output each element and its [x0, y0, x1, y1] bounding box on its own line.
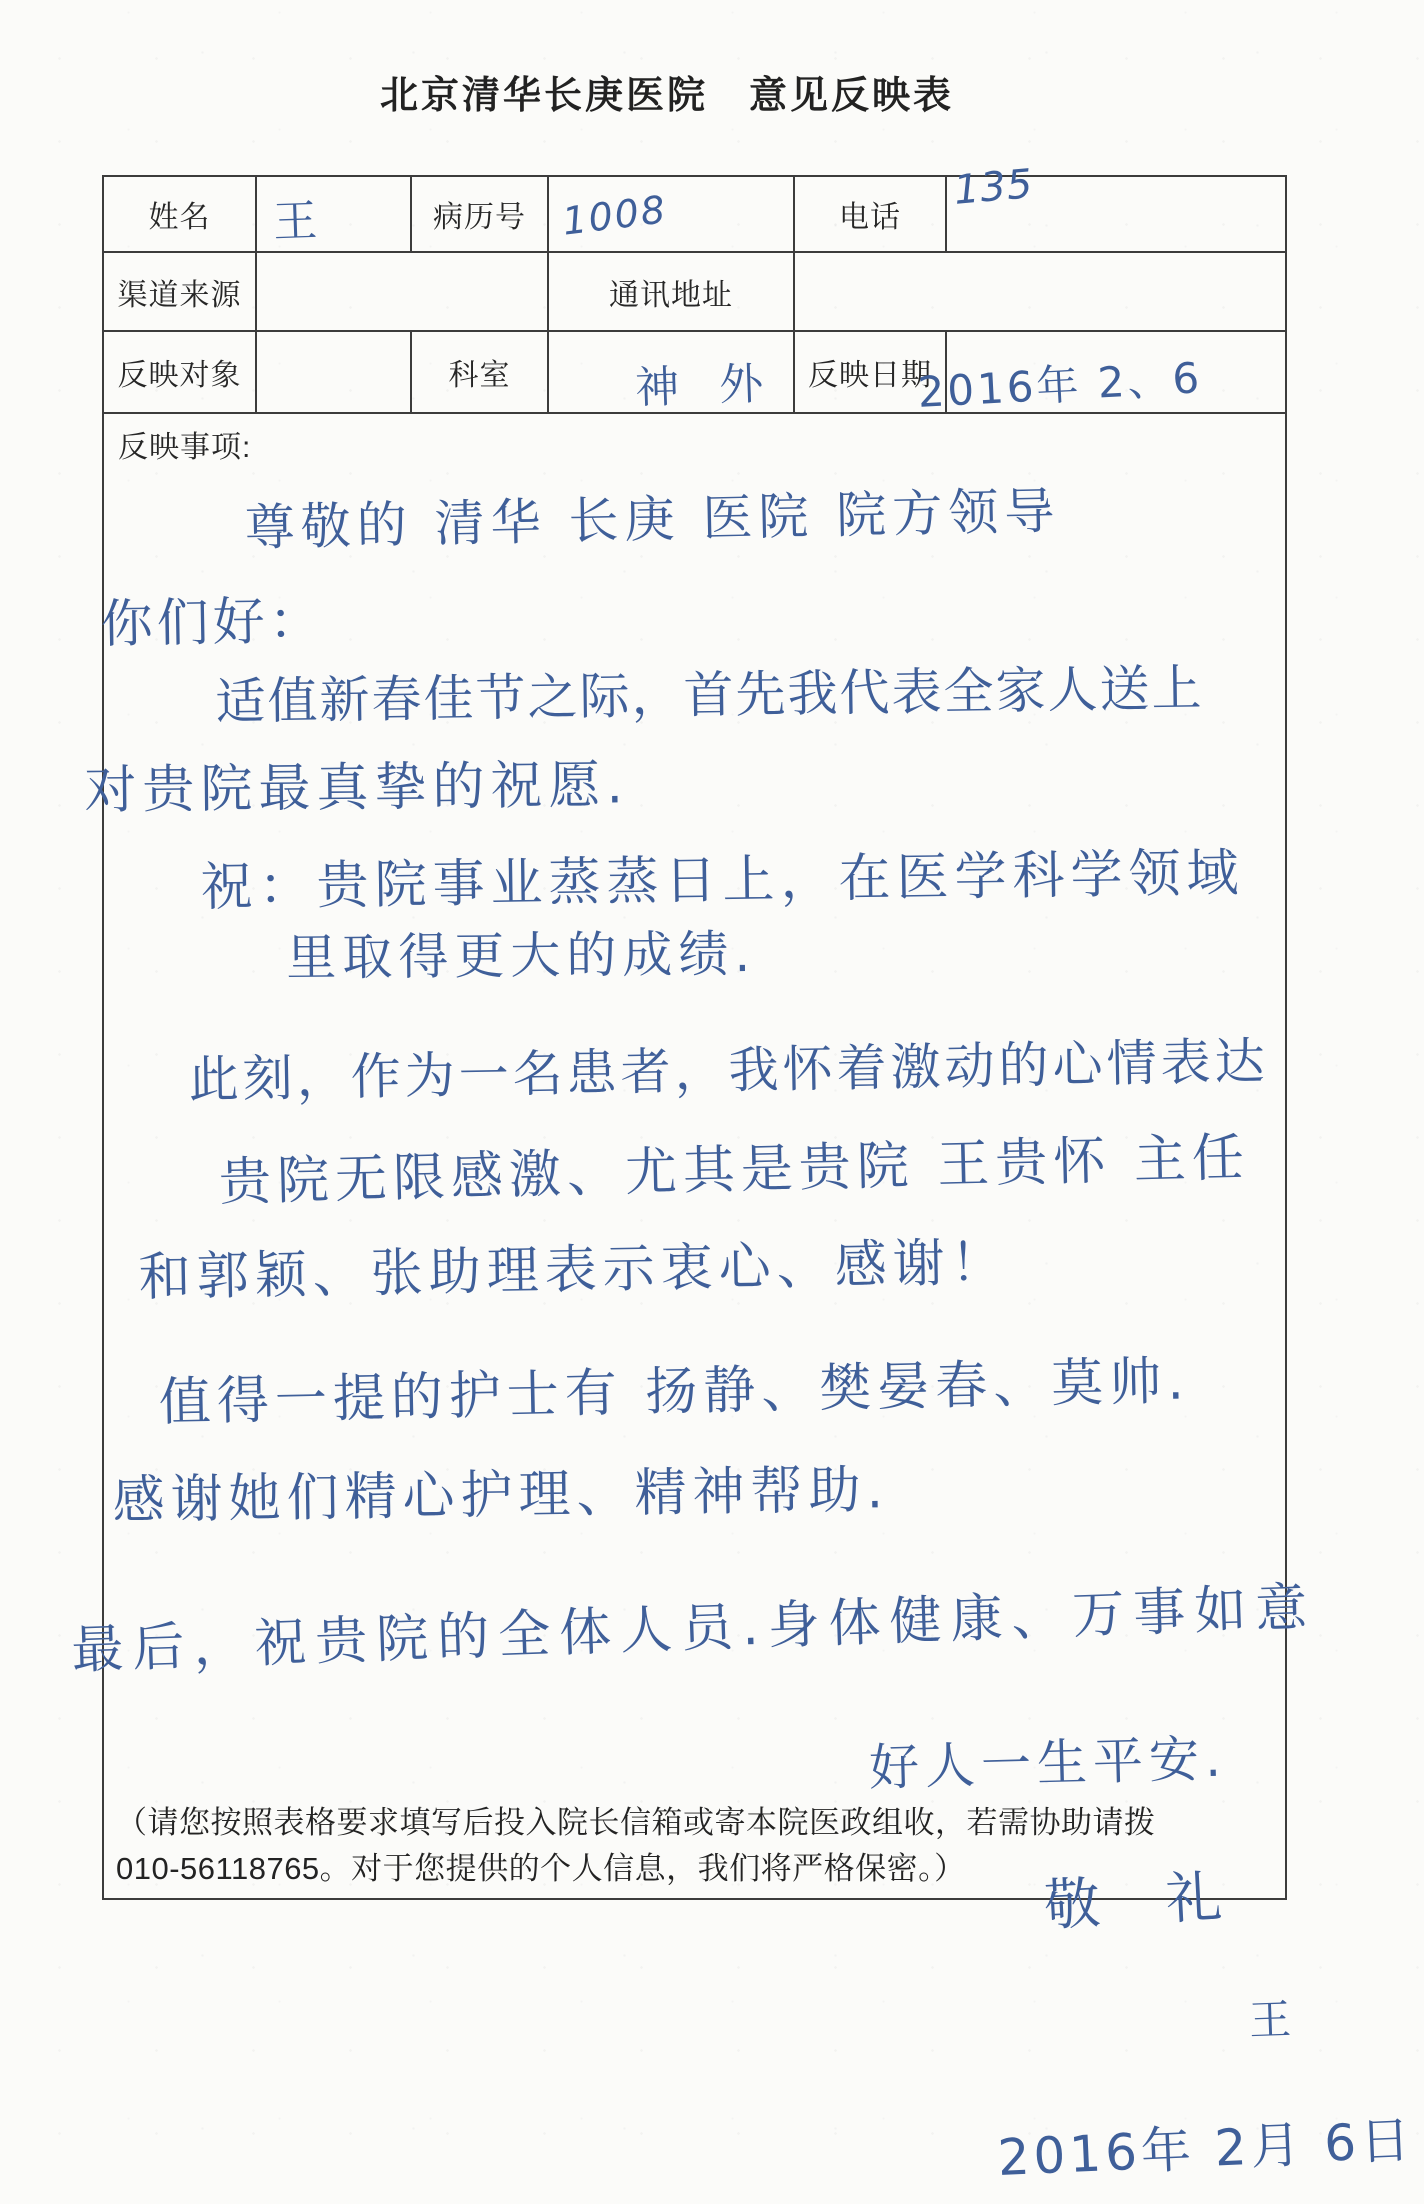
- address-value-cell: [795, 253, 1285, 330]
- target-label-cell: 反映对象: [104, 332, 257, 412]
- date-handwriting: 2016年 2月 6日: [996, 2100, 1415, 2190]
- feedback-items-label: 反映事项:: [118, 422, 251, 466]
- phone-label-cell: 电话: [795, 177, 947, 251]
- table-row: 渠道来源 通讯地址: [104, 253, 1285, 332]
- record-label-cell: 病历号: [412, 177, 549, 251]
- channel-label-cell: 渠道来源: [104, 253, 257, 330]
- letter-line: 好人一生平安.: [868, 1719, 1228, 1800]
- phone-handwriting: 135: [952, 161, 1035, 214]
- letter-line: 你们好：: [100, 578, 325, 657]
- letter-line: 里取得更大的成绩.: [286, 914, 757, 990]
- privacy-note-line1: （请您按照表格要求填写后投入院长信箱或寄本院医政组收，若需协助请拨: [116, 1800, 1269, 1846]
- letter-line: 和郭颖、张助理表示衷心、感谢！: [138, 1220, 1009, 1310]
- letter-line: 对贵院最真挚的祝愿.: [84, 742, 629, 823]
- letter-line: 适值新春佳节之际，首先我代表全家人送上: [215, 648, 1204, 734]
- scan-page: { "header": { "title": "北京清华长庚医院 意见反映表" …: [0, 0, 1424, 2204]
- letter-line: 祝：贵院事业蒸蒸日上，在医学科学领域: [200, 830, 1245, 920]
- signature-handwriting: 王: [1248, 1987, 1292, 2048]
- channel-value-cell: [257, 253, 549, 330]
- dept-label-cell: 科室: [412, 332, 549, 412]
- target-value-cell: [257, 332, 412, 412]
- salute-handwriting: 敬 礼: [1042, 1851, 1248, 1941]
- form-title: 北京清华长庚医院 意见反映表: [0, 64, 1334, 119]
- name-handwriting: 王: [272, 184, 318, 249]
- name-label-cell: 姓名: [104, 177, 257, 251]
- department-handwriting: 神 外: [634, 348, 764, 416]
- address-label-cell: 通讯地址: [549, 253, 795, 330]
- letter-line: 感谢她们精心护理、精神帮助.: [112, 1447, 890, 1533]
